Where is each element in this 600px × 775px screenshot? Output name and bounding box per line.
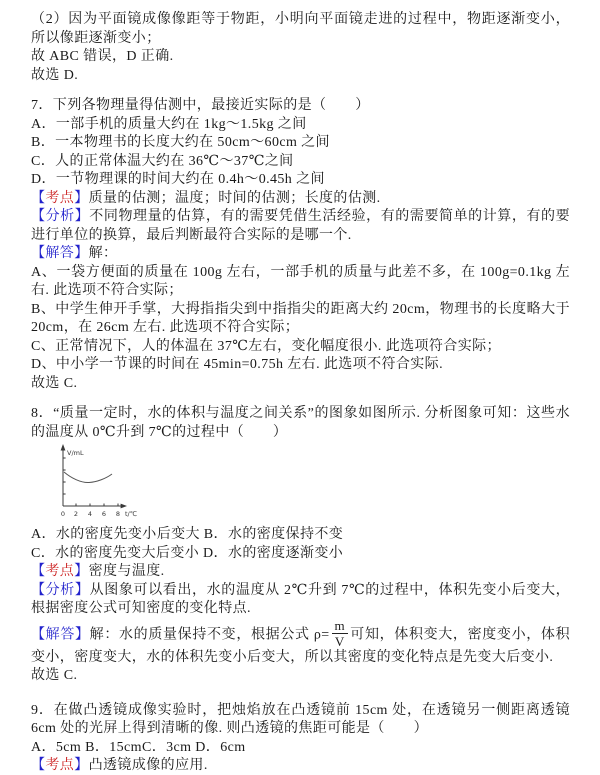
y-axis-label: V/mL: [67, 449, 84, 457]
tag-bracket-close: 】: [74, 758, 88, 773]
q7-choice: 故选 C.: [31, 375, 570, 394]
q7-solution-d: D、中小学一节课的时间在 45min=0.75h 左右. 此选项不符合实际.: [31, 356, 570, 375]
q7-solution-lead: 解：: [89, 246, 118, 261]
fraction-numerator: m: [332, 619, 349, 635]
document-page: （2）因为平面镜成像像距等于物距，小明向平面镜走进的过程中，物距逐渐变小，所以像…: [0, 0, 600, 775]
tag-kaodian: 考点: [45, 191, 74, 206]
fraction-denominator: V: [332, 634, 349, 649]
q8-options-ab: A．水的密度先变小后变大 B．水的密度保持不变: [31, 526, 570, 545]
volume-temperature-chart: V/mL 0 2 4 6 8 t/℃: [57, 444, 147, 524]
q8-analysis-line: 【分析】从图象可以看出，水的温度从 2℃升到 7℃的过程中，体积先变小后变大，根…: [31, 582, 570, 619]
x-tick-0: 0: [61, 510, 65, 518]
q6-reason: （2）因为平面镜成像像距等于物距，小明向平面镜走进的过程中，物距逐渐变小，所以像…: [31, 11, 570, 48]
tag-bracket-open: 【: [31, 191, 45, 206]
q8-options-cd: C．水的密度先变大后变小 D．水的密度逐渐变小: [31, 545, 570, 564]
q7-analysis-text: 不同物理量的估算，有的需要凭借生活经验，有的需要简单的计算，有的要进行单位的换算…: [31, 209, 570, 243]
q9-exam-point-line: 【考点】凸透镜成像的应用.: [31, 757, 570, 775]
q9-options: A．5cm B．15cmC．3cm D．6cm: [31, 739, 570, 758]
x-axis-label: t/℃: [125, 510, 137, 518]
tag-bracket-open: 【: [31, 758, 45, 773]
q8-choice: 故选 C.: [31, 667, 570, 686]
q7-solution-c: C、正常情况下，人的体温在 37℃左右，变化幅度很小. 此选项符合实际；: [31, 338, 570, 357]
fraction-m-over-v: mV: [332, 619, 349, 649]
question-8: 8．“质量一定时，水的体积与温度之间关系”的图象如图所示. 分析图象可知：这些水…: [31, 405, 570, 686]
tag-kaodian: 考点: [45, 564, 74, 579]
q7-option-d: D．一节物理课的时间大约在 0.4h～0.45h 之间: [31, 171, 570, 190]
tag-bracket-open: 【: [31, 564, 45, 579]
q7-exam-point-line: 【考点】质量的估测；温度；时间的估测；长度的估测.: [31, 190, 570, 209]
q8-exam-point-line: 【考点】密度与温度.: [31, 563, 570, 582]
x-axis: [63, 504, 127, 509]
tag-fenxi: 【分析】: [31, 209, 89, 224]
question-9: 9．在做凸透镜成像实验时，把烛焰放在凸透镜前 15cm 处，在透镜另一侧距离透镜…: [31, 702, 570, 775]
x-tick-4: 4: [88, 510, 92, 518]
q8-solution-pre: 解：水的质量保持不变，根据公式 ρ=: [90, 627, 330, 642]
q7-solution-b: B、中学生伸开手掌，大拇指指尖到中指指尖的距离大约 20cm，物理书的长度略大于…: [31, 301, 570, 338]
y-axis: [61, 444, 66, 506]
answer-block-q6: （2）因为平面镜成像像距等于物距，小明向平面镜走进的过程中，物距逐渐变小，所以像…: [31, 11, 570, 85]
q7-title: 7．下列各物理量得估测中，最接近实际的是（ ）: [31, 97, 570, 116]
q8-exam-point-text: 密度与温度.: [89, 564, 165, 579]
tag-jieda: 【解答】: [31, 246, 89, 261]
q9-title: 9．在做凸透镜成像实验时，把烛焰放在凸透镜前 15cm 处，在透镜另一侧距离透镜…: [31, 702, 570, 739]
q6-verdict: 故 ABC 错误，D 正确.: [31, 48, 570, 67]
q8-title: 8．“质量一定时，水的体积与温度之间关系”的图象如图所示. 分析图象可知：这些水…: [31, 405, 570, 442]
tag-jieda: 【解答】: [31, 627, 90, 642]
q7-analysis-line: 【分析】不同物理量的估算，有的需要凭借生活经验，有的需要简单的计算，有的要进行单…: [31, 208, 570, 245]
q7-solution-head: 【解答】解：: [31, 245, 570, 264]
x-tick-8: 8: [116, 510, 120, 518]
chart-area: V/mL 0 2 4 6 8 t/℃: [57, 444, 570, 524]
q7-solution-a: A、一袋方便面的质量在 100g 左右，一部手机的质量与此差不多，在 100g=…: [31, 264, 570, 301]
q7-option-a: A．一部手机的质量大约在 1kg～1.5kg 之间: [31, 116, 570, 135]
question-7: 7．下列各物理量得估测中，最接近实际的是（ ） A．一部手机的质量大约在 1kg…: [31, 97, 570, 393]
q7-option-b: B．一本物理书的长度大约在 50cm～60cm 之间: [31, 134, 570, 153]
q8-analysis-text: 从图象可以看出，水的温度从 2℃升到 7℃的过程中，体积先变小后变大，根据密度公…: [31, 583, 570, 617]
volume-curve: [64, 472, 112, 483]
tag-fenxi: 【分析】: [31, 583, 90, 598]
x-tick-6: 6: [102, 510, 106, 518]
tag-kaodian: 考点: [45, 758, 74, 773]
q6-choice: 故选 D.: [31, 67, 570, 86]
x-tick-2: 2: [74, 510, 78, 518]
tag-bracket-close: 】: [74, 564, 88, 579]
q8-solution-line: 【解答】解：水的质量保持不变，根据公式 ρ=mV可知，体积变大，密度变小，体积变…: [31, 619, 570, 668]
q7-exam-point-text: 质量的估测；温度；时间的估测；长度的估测.: [89, 191, 381, 206]
q7-option-c: C．人的正常体温大约在 36℃～37℃之间: [31, 153, 570, 172]
tag-bracket-close: 】: [74, 191, 88, 206]
q9-exam-point-text: 凸透镜成像的应用.: [89, 758, 208, 773]
